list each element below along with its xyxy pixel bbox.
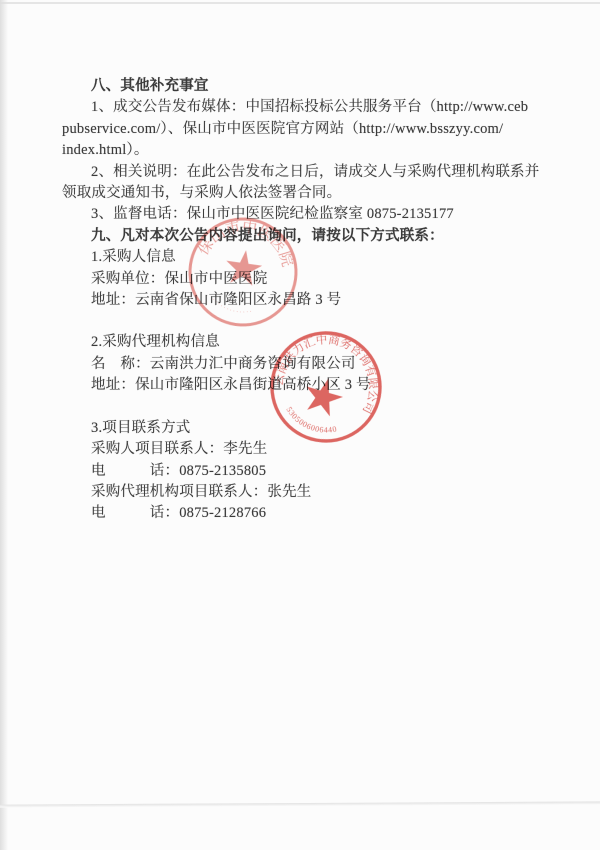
scanned-document-page: { "page": { "paper_color": "#fcfcfc", "t… bbox=[0, 0, 600, 850]
document-body: 八、其他补充事宜 1、成交公告发布媒体：中国招标投标公共服务平台（http://… bbox=[62, 76, 548, 525]
supervision-phone-line: 3、监督电话：保山市中医医院纪检监察室 0875-2135177 bbox=[62, 204, 548, 225]
section-9-heading: 九、凡对本次公告内容提出询问，请按以下方式联系： bbox=[62, 226, 548, 247]
agency-info-title: 2.采购代理机构信息 bbox=[62, 332, 548, 353]
agency-address-line: 地址：保山市隆阳区永昌街道高桥小区 3 号 bbox=[62, 375, 548, 396]
purchaser-contact-line: 采购人项目联系人：李先生 bbox=[62, 439, 548, 460]
text-line: pubservice.com/）、保山市中医医院官方网站（http://www.… bbox=[62, 119, 548, 140]
text-line: index.html）。 bbox=[62, 140, 548, 161]
agency-contact-line: 采购代理机构项目联系人：张先生 bbox=[62, 482, 548, 503]
agency-name-line: 名 称：云南洪力汇中商务咨询有限公司 bbox=[62, 354, 548, 375]
purchaser-info-title: 1.采购人信息 bbox=[62, 247, 548, 268]
purchaser-unit-line: 采购单位：保山市中医医院 bbox=[62, 269, 548, 290]
scan-top-edge bbox=[0, 2, 600, 4]
section-8-heading: 八、其他补充事宜 bbox=[62, 76, 548, 97]
contact-info-title: 3.项目联系方式 bbox=[62, 418, 548, 439]
scan-left-edge bbox=[0, 0, 8, 850]
purchaser-phone-line: 电 话：0875-2135805 bbox=[62, 461, 548, 482]
purchaser-address-line: 地址：云南省保山市隆阳区永昌路 3 号 bbox=[62, 290, 548, 311]
text-line: 2、相关说明：在此公告发布之日后，请成交人与采购代理机构联系并 bbox=[62, 162, 548, 183]
agency-phone-line: 电 话：0875-2128766 bbox=[62, 503, 548, 524]
text-line: 领取成交通知书，与采购人依法签署合同。 bbox=[62, 183, 548, 204]
scan-bottom-fold-line bbox=[0, 801, 600, 807]
text-line: 1、成交公告发布媒体：中国招标投标公共服务平台（http://www.ceb bbox=[62, 97, 548, 118]
